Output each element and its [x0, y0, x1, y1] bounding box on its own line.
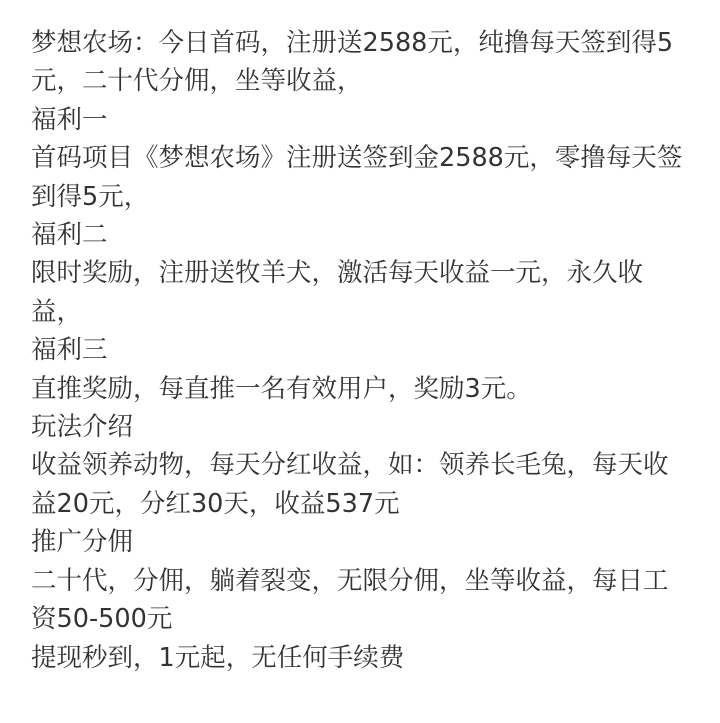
benefit-3-text: 直推奖励，每直推一名有效用户，奖励3元。	[31, 370, 690, 408]
referral-text: 二十代，分佣，躺着裂变，无限分佣，坐等收益，每日工资50-500元	[31, 562, 690, 639]
document-body: 梦想农场：今日首码，注册送2588元，纯撸每天签到得5元，二十代分佣，坐等收益，…	[0, 0, 720, 677]
benefit-2-text: 限时奖励，注册送牧羊犬，激活每天收益一元，永久收益，	[31, 254, 690, 331]
section-heading-benefit-2: 福利二	[31, 216, 690, 254]
section-heading-referral: 推广分佣	[31, 523, 690, 561]
benefit-1-text: 首码项目《梦想农场》注册送签到金2588元，零撸每天签到得5元，	[31, 139, 690, 216]
gameplay-text: 收益领养动物，每天分红收益，如：领养长毛兔，每天收益20元，分红30天，收益53…	[31, 446, 690, 523]
intro-paragraph: 梦想农场：今日首码，注册送2588元，纯撸每天签到得5元，二十代分佣，坐等收益，	[31, 24, 690, 101]
withdrawal-text: 提现秒到，1元起，无任何手续费	[31, 639, 690, 677]
section-heading-gameplay: 玩法介绍	[31, 408, 690, 446]
section-heading-benefit-1: 福利一	[31, 101, 690, 139]
section-heading-benefit-3: 福利三	[31, 331, 690, 369]
